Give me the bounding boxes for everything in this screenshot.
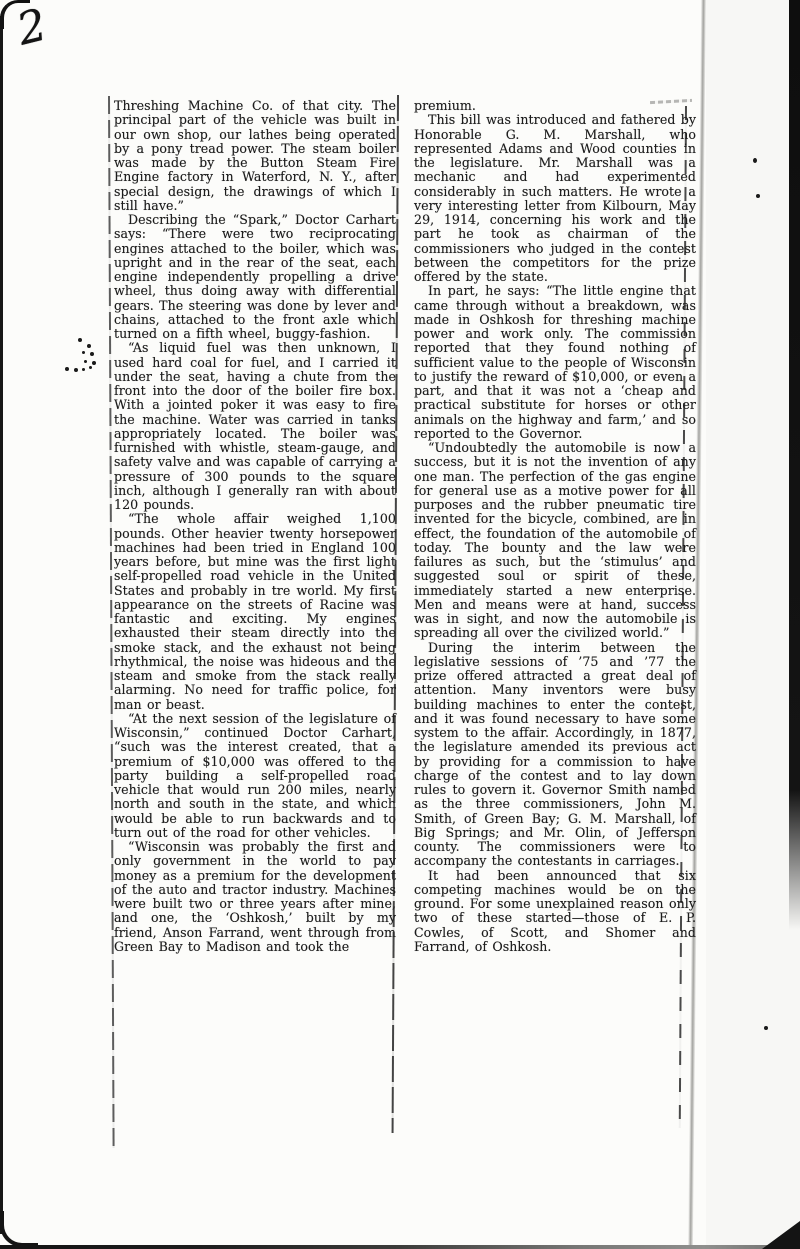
ink-speck xyxy=(756,194,760,198)
newsprint-paragraph: It had been announced that six competing… xyxy=(414,869,696,955)
ink-speck xyxy=(753,158,757,163)
newsprint-paragraph: “The whole affair weighed 1,100 pounds. … xyxy=(114,512,396,712)
ink-speck xyxy=(82,368,85,371)
ink-speck xyxy=(90,352,94,356)
ink-speck xyxy=(92,361,96,365)
scan-edge-bottom xyxy=(0,1245,800,1249)
newsprint-paragraph: Threshing Machine Co. of that city. The … xyxy=(114,99,396,213)
ink-speck xyxy=(87,344,91,348)
newsprint-paragraph: This bill was introduced and fathered by… xyxy=(414,113,696,284)
newspaper-scan-page: 2 Threshing Machine Co. of that city. Th… xyxy=(0,0,800,1249)
ink-speck xyxy=(78,338,82,342)
scan-corner-bottom-left xyxy=(0,1211,38,1247)
right-margin-shade xyxy=(706,0,800,1249)
ink-speck xyxy=(65,367,69,371)
ink-speck xyxy=(89,366,92,369)
article-body: Threshing Machine Co. of that city. The … xyxy=(114,99,696,954)
ink-speck xyxy=(84,360,87,363)
newsprint-paragraph: In part, he says: “The little engine tha… xyxy=(414,284,696,441)
newsprint-paragraph: During the interim between the legislati… xyxy=(414,641,696,869)
left-column: Threshing Machine Co. of that city. The … xyxy=(114,99,396,954)
newsprint-paragraph: “Wisconsin was probably the first and on… xyxy=(114,840,396,954)
newsprint-paragraph: “At the next session of the legislature … xyxy=(114,712,396,840)
newsprint-paragraph: “Undoubtedly the automobile is now a suc… xyxy=(414,441,696,641)
scan-corner-top-left xyxy=(0,0,30,29)
scan-edge-left xyxy=(0,16,3,1234)
right-column: premium. This bill was introduced and fa… xyxy=(414,99,696,954)
ink-speck xyxy=(764,1026,768,1030)
newsprint-paragraph: “As liquid fuel was then unknown, I used… xyxy=(114,341,396,512)
newsprint-paragraph: Describing the “Spark,” Doctor Carhart s… xyxy=(114,213,396,341)
ink-speck xyxy=(82,351,85,354)
scan-edge-right xyxy=(789,0,800,930)
ink-speck xyxy=(74,368,78,372)
